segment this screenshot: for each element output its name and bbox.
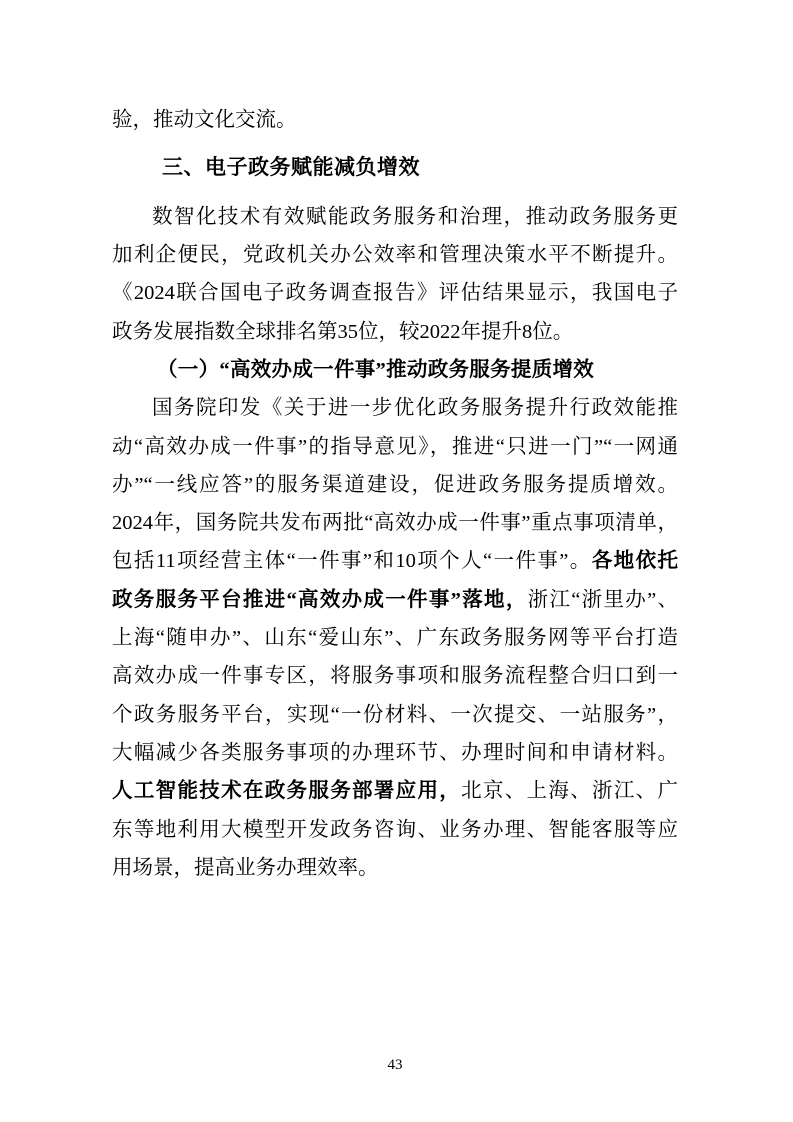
text-line: 上海“随申办”、山东“爱山东”、广东政务服务网等平台打造 bbox=[112, 619, 678, 657]
text-line: 《2024联合国电子政务调查报告》评估结果显示，我国电子 bbox=[112, 274, 678, 312]
bold-text-run: 政务服务平台推进“高效办成一件事”落地， bbox=[112, 589, 528, 611]
text-run: 政务发展指数全球排名第35位，较2022年提升8位。 bbox=[112, 321, 573, 343]
text-run: 动“高效办成一件事”的指导意见》，推进“只进一门”“一网通 bbox=[112, 436, 678, 458]
paragraph-continuation: 验，推动文化交流。 bbox=[112, 101, 678, 139]
subsection-heading: （一）“高效办成一件事”推动政务服务提质增效 bbox=[112, 351, 678, 389]
bold-text-run: （一）“高效办成一件事”推动政务服务提质增效 bbox=[157, 359, 594, 381]
section-heading: 三、电子政务赋能减负增效 bbox=[112, 149, 678, 187]
text-run: 包括11项经营主体“一件事”和10项个人“一件事”。 bbox=[112, 550, 592, 572]
text-line: 高效办成一件事专区，将服务事项和服务流程整合归口到一 bbox=[112, 657, 678, 695]
bold-text-run: 各地依托 bbox=[592, 550, 678, 572]
text-line: 包括11项经营主体“一件事”和10项个人“一件事”。各地依托 bbox=[112, 542, 678, 580]
text-line: 验，推动文化交流。 bbox=[112, 101, 678, 139]
text-run: 浙江“浙里办”、 bbox=[528, 589, 678, 611]
text-run: 大幅减少各类服务事项的办理环节、办理时间和申请材料。 bbox=[112, 742, 678, 764]
paragraph-egov-overview: 数智化技术有效赋能政务服务和治理，推动政务服务更加利企便民，党政机关办公效率和管… bbox=[112, 198, 678, 351]
text-line: 大幅减少各类服务事项的办理环节、办理时间和申请材料。 bbox=[112, 734, 678, 772]
text-run: 北京、上海、浙江、广 bbox=[461, 780, 678, 802]
text-run: 个政务服务平台，实现“一份材料、一次提交、一站服务”， bbox=[112, 704, 678, 726]
text-run: 办”“一线应答”的服务渠道建设，促进政务服务提质增效。 bbox=[112, 474, 678, 496]
text-line: 加利企便民，党政机关办公效率和管理决策水平不断提升。 bbox=[112, 236, 678, 274]
text-run: 数智化技术有效赋能政务服务和治理，推动政务服务更 bbox=[152, 206, 678, 228]
text-run: 用场景，提高业务办理效率。 bbox=[112, 857, 379, 879]
paragraph-one-thing-efficiently: 国务院印发《关于进一步优化政务服务提升行政效能推动“高效办成一件事”的指导意见》… bbox=[112, 389, 678, 887]
document-page: 验，推动文化交流。三、电子政务赋能减负增效数智化技术有效赋能政务服务和治理，推动… bbox=[0, 0, 793, 1122]
bold-text-run: 三、电子政务赋能减负增效 bbox=[162, 156, 420, 179]
document-content: 验，推动文化交流。三、电子政务赋能减负增效数智化技术有效赋能政务服务和治理，推动… bbox=[112, 101, 678, 887]
bold-text-run: 人工智能技术在政务服务部署应用， bbox=[112, 780, 461, 802]
text-run: 上海“随申办”、山东“爱山东”、广东政务服务网等平台打造 bbox=[112, 627, 678, 649]
text-line: 东等地利用大模型开发政务咨询、业务办理、智能客服等应 bbox=[112, 811, 678, 849]
text-run: 高效办成一件事专区，将服务事项和服务流程整合归口到一 bbox=[112, 665, 678, 687]
page-number: 43 bbox=[112, 1050, 678, 1080]
text-line: 办”“一线应答”的服务渠道建设，促进政务服务提质增效。 bbox=[112, 466, 678, 504]
text-line: 数智化技术有效赋能政务服务和治理，推动政务服务更 bbox=[112, 198, 678, 236]
text-run: 加利企便民，党政机关办公效率和管理决策水平不断提升。 bbox=[112, 244, 678, 266]
text-line: 个政务服务平台，实现“一份材料、一次提交、一站服务”， bbox=[112, 696, 678, 734]
text-run: 2024年，国务院共发布两批“高效办成一件事”重点事项清单， bbox=[112, 512, 678, 534]
text-line: 2024年，国务院共发布两批“高效办成一件事”重点事项清单， bbox=[112, 504, 678, 542]
text-run: 验，推动文化交流。 bbox=[112, 109, 297, 131]
text-line: 用场景，提高业务办理效率。 bbox=[112, 849, 678, 887]
text-line: 政务发展指数全球排名第35位，较2022年提升8位。 bbox=[112, 313, 678, 351]
text-run: 《2024联合国电子政务调查报告》评估结果显示，我国电子 bbox=[112, 282, 678, 304]
text-run: 东等地利用大模型开发政务咨询、业务办理、智能客服等应 bbox=[112, 819, 678, 841]
text-line: 政务服务平台推进“高效办成一件事”落地，浙江“浙里办”、 bbox=[112, 581, 678, 619]
text-line: 国务院印发《关于进一步优化政务服务提升行政效能推 bbox=[112, 389, 678, 427]
text-line: 动“高效办成一件事”的指导意见》，推进“只进一门”“一网通 bbox=[112, 428, 678, 466]
text-line: 三、电子政务赋能减负增效 bbox=[112, 149, 678, 187]
text-run: 国务院印发《关于进一步优化政务服务提升行政效能推 bbox=[152, 397, 678, 419]
text-line: 人工智能技术在政务服务部署应用，北京、上海、浙江、广 bbox=[112, 772, 678, 810]
text-line: （一）“高效办成一件事”推动政务服务提质增效 bbox=[112, 351, 678, 389]
